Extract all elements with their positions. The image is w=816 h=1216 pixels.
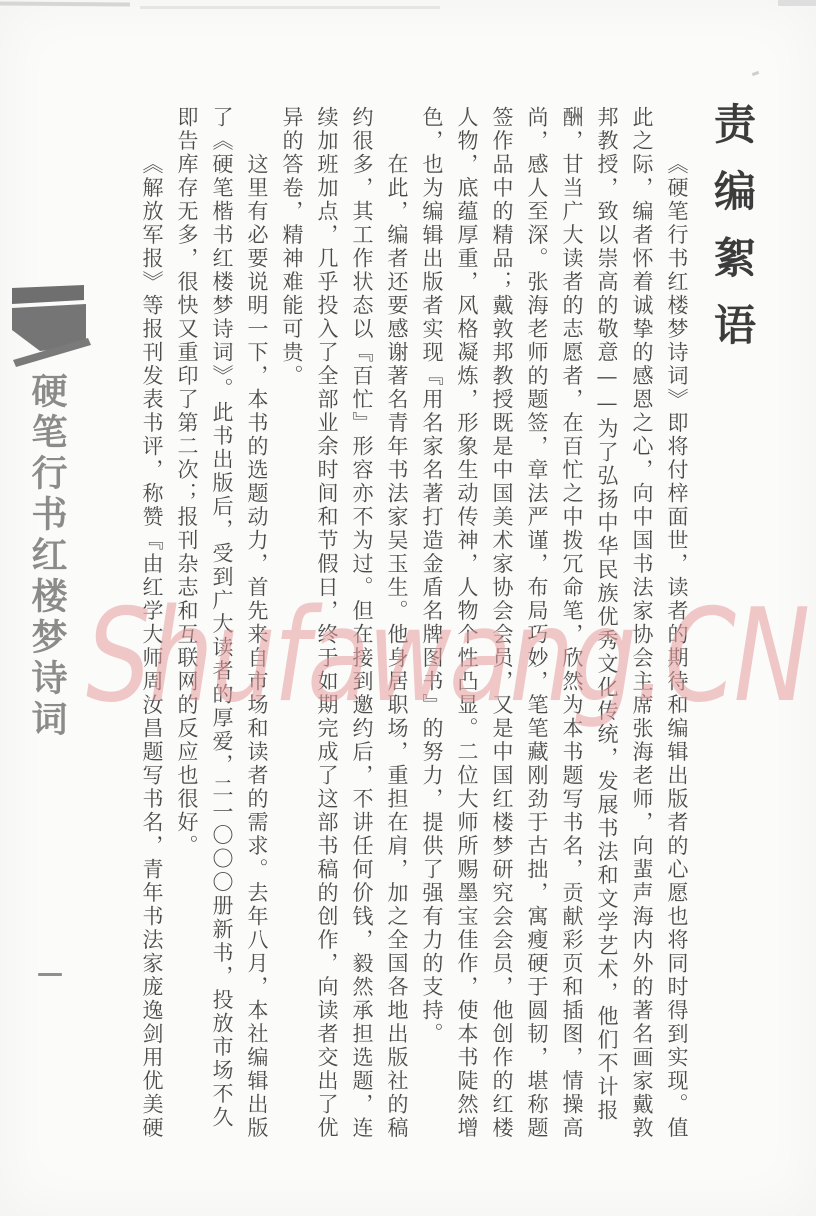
scan-artifact (752, 71, 760, 76)
paragraph: 这里有必要说明一下，本书的选题动力，首先来自市场和读者的需求。去年八月，本社编辑… (169, 106, 274, 1142)
book-side-title: 硬笔行书红楼梦诗词 (22, 372, 73, 741)
body-text: 《硬笔行书红楼梦诗词》即将付梓面世，读者的期待和编辑出版者的心愿也将同时得到实现… (128, 106, 694, 1142)
publisher-logo-icon (6, 280, 102, 372)
paragraph: 《解放军报》等报刊发表书评，称赞『由红学大师周汝昌题写书名，青年书法家庞逸剑用优… (134, 106, 169, 1142)
scanned-book-page: 责编絮语 《硬笔行书红楼梦诗词》即将付梓面世，读者的期待和编辑出版者的心愿也将同… (0, 0, 816, 1216)
page-number (38, 973, 62, 976)
scan-artifact (140, 6, 440, 9)
page-title: 责编絮语 (702, 102, 762, 370)
scan-artifact (0, 2, 130, 7)
paragraph: 在此，编者还要感谢著名青年书法家吴玉生。他身居职场，重担在肩，加之全国各地出版社… (274, 106, 414, 1142)
paragraph: 《硬笔行书红楼梦诗词》即将付梓面世，读者的期待和编辑出版者的心愿也将同时得到实现… (414, 106, 694, 1142)
scan-artifact (778, 0, 816, 6)
